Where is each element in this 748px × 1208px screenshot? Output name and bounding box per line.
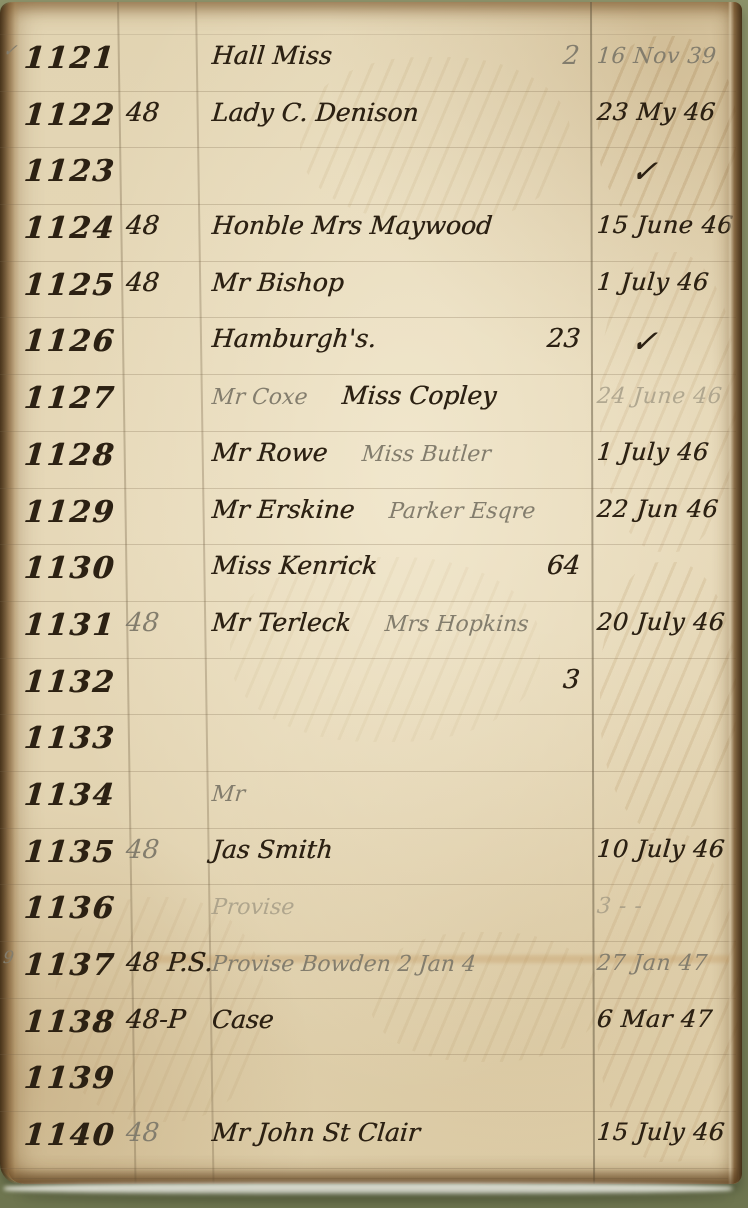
entry-number-text: 1129 bbox=[22, 495, 117, 530]
entry-number: 1140 bbox=[24, 1118, 116, 1153]
entry-name-part: Provise Bowden 2 Jan 4 bbox=[211, 952, 477, 977]
entry-number: 1125 bbox=[24, 268, 116, 303]
entry-number: 1128 bbox=[24, 438, 116, 473]
entry-date-text: 10 July 46 bbox=[596, 835, 726, 863]
ledger-row: 113148Mr TerleckMrs Hopkins20 July 46 bbox=[0, 602, 736, 659]
entry-date-text: 6 Mar 47 bbox=[596, 1005, 714, 1033]
entry-number: 1133 bbox=[24, 721, 116, 756]
ledger-row: 112248Lady C. Denison23 My 46 bbox=[0, 92, 736, 149]
entry-amount: 64 bbox=[492, 551, 580, 581]
entry-amount: 2 bbox=[492, 41, 580, 71]
ledger-row: 1139 bbox=[0, 1055, 736, 1112]
page-stack-edge bbox=[728, 2, 742, 1184]
entry-code: 48 bbox=[126, 268, 159, 298]
entry-name: Provise bbox=[212, 891, 294, 920]
entry-name-part: Hamburgh's. bbox=[211, 324, 378, 353]
entry-amount-text: 2 bbox=[562, 41, 581, 71]
entry-name: Mr TerleckMrs Hopkins bbox=[212, 608, 529, 637]
entry-number: 1122 bbox=[24, 98, 116, 133]
entry-name-part: Provise bbox=[211, 895, 296, 920]
entry-date: 16 Nov 39 bbox=[597, 41, 743, 69]
margin-mark: ✓ bbox=[3, 41, 23, 61]
ledger-page: ✓1121Hall Miss216 Nov 39112248Lady C. De… bbox=[0, 2, 742, 1184]
entry-date-text: 1 July 46 bbox=[596, 268, 710, 296]
margin-mark: 9 bbox=[3, 948, 23, 968]
entry-date-text: 27 Jan 47 bbox=[596, 951, 709, 976]
entry-code: 48 bbox=[126, 608, 159, 638]
entry-date: 15 July 46 bbox=[597, 1118, 743, 1146]
entry-name: Mr CoxeMiss Copley bbox=[212, 381, 496, 410]
entry-name-part: Miss Copley bbox=[340, 381, 497, 410]
check-mark: ✓ bbox=[595, 154, 659, 190]
entry-number: 1124 bbox=[24, 211, 116, 246]
entry-code: 48-P bbox=[126, 1005, 185, 1035]
entry-date: 3 - - bbox=[597, 891, 743, 919]
entry-date-text: 15 July 46 bbox=[596, 1118, 726, 1146]
ledger-row: 1127Mr CoxeMiss Copley24 June 46 bbox=[0, 375, 736, 432]
entry-code: 48 bbox=[126, 1118, 159, 1148]
ledger-row: 1128Mr RoweMiss Butler1 July 46 bbox=[0, 432, 736, 489]
entry-name: Hamburgh's. bbox=[212, 324, 376, 353]
ledger-row: 11323 bbox=[0, 659, 736, 716]
entry-date: 23 My 46 bbox=[597, 98, 743, 126]
entry-date: 22 Jun 46 bbox=[597, 495, 743, 523]
entry-number-text: 1125 bbox=[22, 268, 117, 303]
entry-number: 1137 bbox=[24, 948, 116, 983]
entry-name: Provise Bowden 2 Jan 4 bbox=[212, 948, 476, 977]
entry-number: 1131 bbox=[24, 608, 116, 643]
entry-name-part: Mr Erskine bbox=[211, 495, 356, 524]
ledger-row: 1134Mr bbox=[0, 772, 736, 829]
entry-number-text: 1122 bbox=[22, 98, 117, 133]
entry-name-part: Mr Terleck bbox=[211, 608, 352, 637]
entry-date: 1 July 46 bbox=[597, 268, 743, 296]
entry-name-part: Mr Coxe bbox=[211, 385, 309, 410]
entry-number: 1136 bbox=[24, 891, 116, 926]
ledger-row: ✓1121Hall Miss216 Nov 39 bbox=[0, 35, 736, 92]
entry-date-text: 16 Nov 39 bbox=[596, 44, 718, 69]
entry-number-text: 1131 bbox=[22, 608, 117, 643]
entry-number: 1130 bbox=[24, 551, 116, 586]
entry-number: 1121 bbox=[24, 41, 116, 76]
entry-amount-text: 64 bbox=[546, 551, 582, 581]
entry-code-text: 48 P.S. bbox=[125, 948, 215, 978]
entry-number: 1126 bbox=[24, 324, 116, 359]
entry-name-part: Jas Smith bbox=[211, 835, 334, 864]
entry-number: 1123 bbox=[24, 154, 116, 189]
entry-amount: 23 bbox=[492, 324, 580, 354]
entry-date-text: 24 June 46 bbox=[596, 384, 723, 409]
entry-code: 48 bbox=[126, 98, 159, 128]
entry-name: Mr ErskineParker Esqre bbox=[212, 495, 535, 524]
entry-date: ✓ bbox=[597, 324, 743, 360]
entry-code-text: 48 bbox=[125, 1118, 161, 1148]
entry-number: 1138 bbox=[24, 1005, 116, 1040]
entry-number: 1134 bbox=[24, 778, 116, 813]
entry-number-text: 1139 bbox=[22, 1061, 117, 1096]
entry-number-text: 1123 bbox=[22, 154, 117, 189]
check-mark: ✓ bbox=[595, 324, 659, 360]
entry-name: Jas Smith bbox=[212, 835, 333, 864]
entry-name-part: Mr Rowe bbox=[211, 438, 329, 467]
entry-date: 1 July 46 bbox=[597, 438, 743, 466]
entry-number-text: 1124 bbox=[22, 211, 117, 246]
entry-code-text: 48-P bbox=[125, 1005, 187, 1035]
entry-date-text: 15 June 46 bbox=[596, 211, 735, 239]
ledger-row: 114048Mr John St Clair15 July 46 bbox=[0, 1112, 736, 1169]
entry-name: Mr RoweMiss Butler bbox=[212, 438, 490, 467]
entry-number-text: 1135 bbox=[22, 835, 117, 870]
ledger-rows: ✓1121Hall Miss216 Nov 39112248Lady C. De… bbox=[0, 34, 736, 1169]
entry-number-text: 1128 bbox=[22, 438, 117, 473]
entry-date-text: 3 - - bbox=[596, 894, 644, 919]
entry-date: 27 Jan 47 bbox=[597, 948, 743, 976]
entry-code-text: 48 bbox=[125, 608, 161, 638]
ledger-row: 1136Provise3 - - bbox=[0, 885, 736, 942]
ledger-row: 9113748 P.S.Provise Bowden 2 Jan 427 Jan… bbox=[0, 942, 736, 999]
entry-date-text: 1 July 46 bbox=[596, 438, 710, 466]
entry-name-part: Case bbox=[211, 1005, 275, 1034]
ledger-row: 112448Honble Mrs Maywood15 June 46 bbox=[0, 205, 736, 262]
entry-code-text: 48 bbox=[125, 835, 161, 865]
entry-date: 6 Mar 47 bbox=[597, 1005, 743, 1033]
entry-name-part: Miss Kenrick bbox=[211, 551, 379, 580]
entry-name: Miss Kenrick bbox=[212, 551, 377, 580]
ledger-row: 1130Miss Kenrick64 bbox=[0, 545, 736, 602]
ledger-row: 1133 bbox=[0, 715, 736, 772]
entry-name-part: Honble Mrs Maywood bbox=[211, 211, 494, 240]
entry-number-text: 1140 bbox=[22, 1118, 117, 1153]
entry-code: 48 bbox=[126, 835, 159, 865]
entry-name: Lady C. Denison bbox=[212, 98, 419, 127]
ledger-row: 1126Hamburgh's.23✓ bbox=[0, 318, 736, 375]
entry-code: 48 bbox=[126, 211, 159, 241]
entry-name-part: Mr bbox=[211, 782, 246, 807]
ledger-row: 1129Mr ErskineParker Esqre22 Jun 46 bbox=[0, 489, 736, 546]
entry-code-text: 48 bbox=[125, 211, 161, 241]
entry-date: 20 July 46 bbox=[597, 608, 743, 636]
entry-number: 1132 bbox=[24, 665, 116, 700]
entry-amount-text: 3 bbox=[562, 665, 581, 695]
entry-code-text: 48 bbox=[125, 98, 161, 128]
entry-code: 48 P.S. bbox=[126, 948, 213, 978]
entry-date-text: 23 My 46 bbox=[596, 98, 717, 126]
entry-number-text: 1137 bbox=[22, 948, 117, 983]
entry-number: 1129 bbox=[24, 495, 116, 530]
entry-name: Mr bbox=[212, 778, 245, 807]
entry-number-text: 1138 bbox=[22, 1005, 117, 1040]
entry-date: ✓ bbox=[597, 154, 743, 190]
entry-number: 1127 bbox=[24, 381, 116, 416]
entry-name: Hall Miss bbox=[212, 41, 332, 70]
entry-amount-text: 23 bbox=[546, 324, 582, 354]
entry-date-text: 20 July 46 bbox=[596, 608, 726, 636]
entry-number-text: 1121 bbox=[22, 41, 117, 76]
entry-name-part: Hall Miss bbox=[211, 41, 333, 70]
entry-number: 1135 bbox=[24, 835, 116, 870]
entry-date: 15 June 46 bbox=[597, 211, 743, 239]
entry-name-part: Miss Butler bbox=[360, 442, 491, 467]
entry-amount: 3 bbox=[492, 665, 580, 695]
entry-code-text: 48 bbox=[125, 268, 161, 298]
margin-mark-text: 9 bbox=[2, 948, 15, 968]
entry-number-text: 1132 bbox=[22, 665, 117, 700]
scanned-ledger-photo: { "document": { "kind": "handwritten sub… bbox=[0, 0, 748, 1208]
entry-number-text: 1126 bbox=[22, 324, 117, 359]
entry-name: Mr John St Clair bbox=[212, 1118, 420, 1147]
entry-date: 10 July 46 bbox=[597, 835, 743, 863]
page-bottom-edge bbox=[8, 1168, 738, 1184]
entry-number-text: 1130 bbox=[22, 551, 117, 586]
entry-number-text: 1136 bbox=[22, 891, 117, 926]
entry-name: Case bbox=[212, 1005, 274, 1034]
entry-name: Honble Mrs Maywood bbox=[212, 211, 492, 240]
entry-number-text: 1127 bbox=[22, 381, 117, 416]
ledger-row: 1123✓ bbox=[0, 148, 736, 205]
entry-number-text: 1134 bbox=[22, 778, 117, 813]
ledger-row: 112548Mr Bishop1 July 46 bbox=[0, 262, 736, 319]
entry-name-part: Mr Bishop bbox=[211, 268, 345, 297]
ledger-row: 113848-PCase6 Mar 47 bbox=[0, 999, 736, 1056]
entry-date-text: 22 Jun 46 bbox=[596, 495, 720, 523]
margin-mark-text: ✓ bbox=[2, 41, 18, 61]
entry-name: Mr Bishop bbox=[212, 268, 344, 297]
entry-number: 1139 bbox=[24, 1061, 116, 1096]
entry-name-part: Mr John St Clair bbox=[211, 1118, 421, 1147]
page-shadow bbox=[20, 1192, 728, 1202]
entry-name-part: Lady C. Denison bbox=[211, 98, 420, 127]
entry-date: 24 June 46 bbox=[597, 381, 743, 409]
ledger-row: 113548Jas Smith10 July 46 bbox=[0, 829, 736, 886]
entry-name-part: Parker Esqre bbox=[387, 499, 535, 524]
entry-number-text: 1133 bbox=[22, 721, 117, 756]
entry-name-part: Mrs Hopkins bbox=[384, 612, 530, 637]
